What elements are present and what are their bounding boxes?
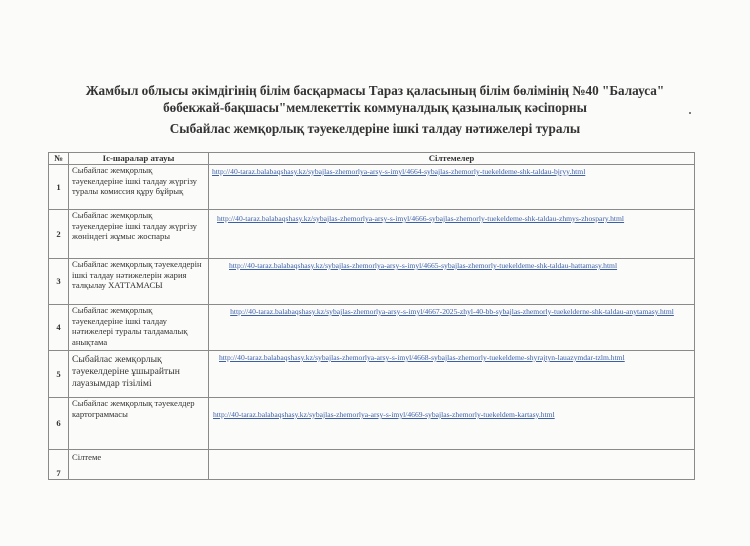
row-number: 7 <box>49 450 69 480</box>
link-cell: http://40-taraz.balabaqshasy.kz/sybajlas… <box>209 351 695 398</box>
links-table: № Іс-шаралар атауы Сілтемелер 1 Сыбайлас… <box>48 152 695 480</box>
table-row: 4 Сыбайлас жемқорлық тәуекелдеріне ішкі … <box>49 305 695 351</box>
row-number: 5 <box>49 351 69 398</box>
link-cell: http://40-taraz.balabaqshasy.kz/sybajlas… <box>209 398 695 450</box>
table-row: 6 Сыбайлас жемқорлық тәуекелдер картогра… <box>49 398 695 450</box>
row-number: 1 <box>49 165 69 210</box>
activity-name: Сыбайлас жемқорлық тәуекелдерін ішкі тал… <box>69 259 209 305</box>
document-link[interactable]: http://40-taraz.balabaqshasy.kz/sybajlas… <box>219 353 625 362</box>
activity-name: Сыбайлас жемқорлық тәуекелдеріне ішкі та… <box>69 165 209 210</box>
header-links: Сілтемелер <box>209 153 695 165</box>
table-header-row: № Іс-шаралар атауы Сілтемелер <box>49 153 695 165</box>
row-number: 4 <box>49 305 69 351</box>
row-number: 2 <box>49 210 69 259</box>
row-number: 6 <box>49 398 69 450</box>
activity-name: Сыбайлас жемқорлық тәуекелдеріне ішкі та… <box>69 210 209 259</box>
link-cell: http://40-taraz.balabaqshasy.kz/sybajlas… <box>209 259 695 305</box>
table-row: 3 Сыбайлас жемқорлық тәуекелдерін ішкі т… <box>49 259 695 305</box>
activity-name: Сыбайлас жемқорлық тәуекелдер картограмм… <box>69 398 209 450</box>
header-activity-name: Іс-шаралар атауы <box>69 153 209 165</box>
link-cell: http://40-taraz.balabaqshasy.kz/sybajlas… <box>209 210 695 259</box>
activity-name: Сілтеме <box>69 450 209 480</box>
link-cell: http://40-taraz.balabaqshasy.kz/sybajlas… <box>209 165 695 210</box>
table-row: 1 Сыбайлас жемқорлық тәуекелдеріне ішкі … <box>49 165 695 210</box>
document-subheading: Сыбайлас жемқорлық тәуекелдеріне ішкі та… <box>60 120 690 137</box>
document-link[interactable]: http://40-taraz.balabaqshasy.kz/sybajlas… <box>217 214 624 223</box>
document-link[interactable]: http://40-taraz.balabaqshasy.kz/sybajlas… <box>213 410 555 419</box>
table-row: 5 Сыбайлас жемқорлық тәуекелдеріне ұшыра… <box>49 351 695 398</box>
table-row: 2 Сыбайлас жемқорлық тәуекелдеріне ішкі … <box>49 210 695 259</box>
activity-name: Сыбайлас жемқорлық тәуекелдеріне ұшырайт… <box>69 351 209 398</box>
header-number: № <box>49 153 69 165</box>
document-heading: Жамбыл облысы әкімдігінің білім басқарма… <box>60 82 690 116</box>
row-number: 3 <box>49 259 69 305</box>
document-link[interactable]: http://40-taraz.balabaqshasy.kz/sybajlas… <box>230 307 674 316</box>
table-row: 7 Сілтеме <box>49 450 695 480</box>
scan-speck <box>689 112 691 114</box>
document-link[interactable]: http://40-taraz.balabaqshasy.kz/sybajlas… <box>212 167 585 176</box>
link-cell: http://40-taraz.balabaqshasy.kz/sybajlas… <box>209 305 695 351</box>
document-link[interactable]: http://40-taraz.balabaqshasy.kz/sybajlas… <box>229 261 617 270</box>
link-cell-empty <box>209 450 695 480</box>
activity-name: Сыбайлас жемқорлық тәуекелдеріне ішкі та… <box>69 305 209 351</box>
